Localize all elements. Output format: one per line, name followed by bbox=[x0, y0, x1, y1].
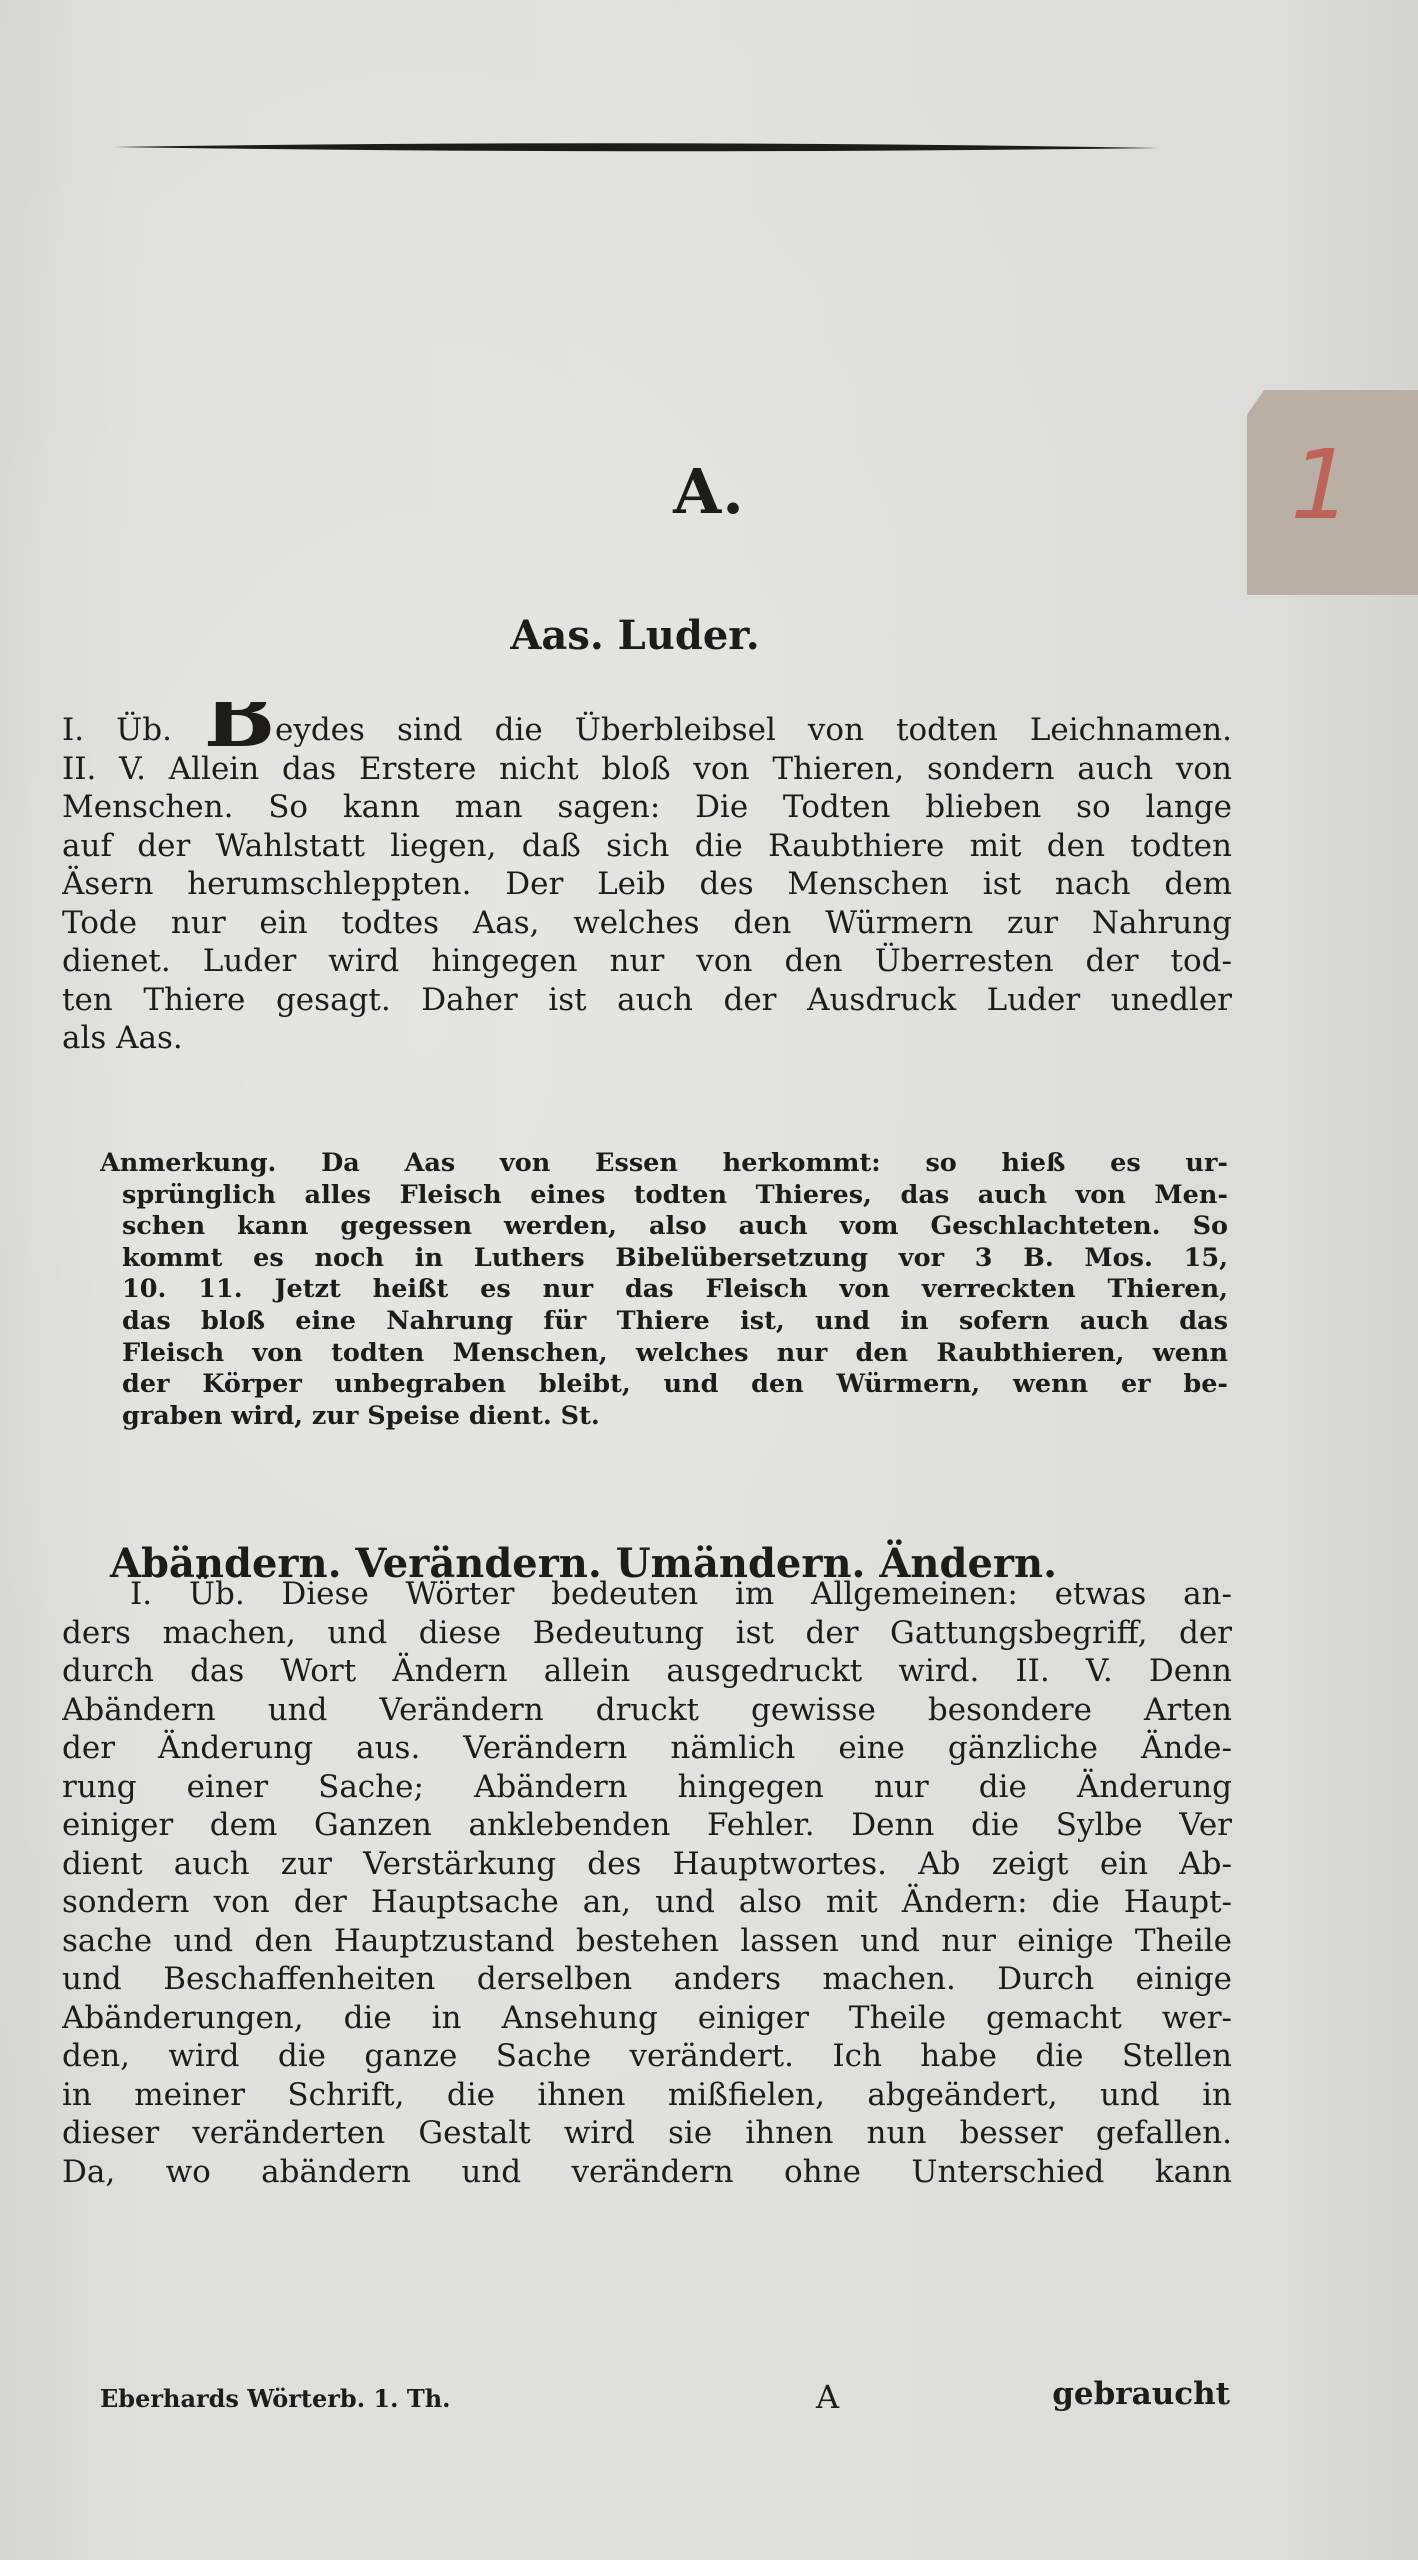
text-line: Abändern und Verändern druckt gewisse be… bbox=[62, 1691, 1232, 1730]
entry-body-abaendern: I. Üb. Diese Wörter bedeuten im Allgemei… bbox=[62, 1575, 1232, 2191]
note-line: kommt es noch in Luthers Bibelübersetzun… bbox=[100, 1243, 1228, 1275]
note-line: Fleisch von todten Menschen, welches nur… bbox=[100, 1338, 1228, 1370]
entry-note-anmerkung: Anmerkung. Da Aas von Essen herkommt: so… bbox=[100, 1148, 1228, 1432]
text-line: als Aas. bbox=[62, 1019, 1232, 1058]
text-line: Da, wo abändern und verändern ohne Unter… bbox=[62, 2153, 1232, 2192]
text-line: dienet. Luder wird hingegen nur von den … bbox=[62, 942, 1232, 981]
signature-title: Eberhards Wörterb. 1. Th. bbox=[100, 2384, 451, 2413]
note-line: graben wird, zur Speise dient. St. bbox=[100, 1401, 1228, 1433]
text-line: II. V. Allein das Erstere nicht bloß von… bbox=[62, 750, 1232, 789]
text-line: Tode nur ein todtes Aas, welches den Wür… bbox=[62, 904, 1232, 943]
drop-cap: B bbox=[204, 702, 275, 750]
note-line: Anmerkung. Da Aas von Essen herkommt: so… bbox=[100, 1148, 1228, 1180]
signature-mark: A bbox=[816, 2378, 839, 2416]
text-line: der Änderung aus. Verändern nämlich eine… bbox=[62, 1729, 1232, 1768]
text-line: den, wird die ganze Sache verändert. Ich… bbox=[62, 2037, 1232, 2076]
text-line: dient auch zur Verstärkung des Hauptwort… bbox=[62, 1845, 1232, 1884]
entry-body-aas-luder: I. Üb. Beydes sind die Überbleibsel von … bbox=[62, 702, 1232, 1058]
text-line: Äsern herumschleppten. Der Leib des Mens… bbox=[62, 865, 1232, 904]
text-line: dieser veränderten Gestalt wird sie ihne… bbox=[62, 2114, 1232, 2153]
text-line-rest: eydes sind die Überbleibsel von todten L… bbox=[275, 712, 1232, 748]
entry-title-aas-luder: Aas. Luder. bbox=[0, 612, 1270, 659]
catchword: gebraucht bbox=[1052, 2376, 1230, 2412]
section-letter: A. bbox=[0, 455, 1418, 528]
text-line: sondern von der Hauptsache an, und also … bbox=[62, 1883, 1232, 1922]
page-footer: Eberhards Wörterb. 1. Th. A gebraucht bbox=[100, 2382, 1230, 2418]
decorative-rule bbox=[114, 141, 1160, 153]
book-page: 1 A. Aas. Luder. I. Üb. Beydes sind die … bbox=[0, 0, 1418, 2560]
text-line: I. Üb. Diese Wörter bedeuten im Allgemei… bbox=[62, 1575, 1232, 1614]
text-line: durch das Wort Ändern allein ausgedruckt… bbox=[62, 1652, 1232, 1691]
text-line: rung einer Sache; Abändern hingegen nur … bbox=[62, 1768, 1232, 1807]
text-line: auf der Wahlstatt liegen, daß sich die R… bbox=[62, 827, 1232, 866]
text-line: I. Üb. Beydes sind die Überbleibsel von … bbox=[62, 702, 1232, 750]
text-line: und Beschaffenheiten derselben anders ma… bbox=[62, 1960, 1232, 1999]
note-line: das bloß eine Nahrung für Thiere ist, un… bbox=[100, 1306, 1228, 1338]
text-line: sache und den Hauptzustand bestehen lass… bbox=[62, 1922, 1232, 1961]
text-line: einiger dem Ganzen anklebenden Fehler. D… bbox=[62, 1806, 1232, 1845]
text-line: Menschen. So kann man sagen: Die Todten … bbox=[62, 788, 1232, 827]
text-line: Abänderungen, die in Ansehung einiger Th… bbox=[62, 1999, 1232, 2038]
note-line: schen kann gegessen werden, also auch vo… bbox=[100, 1211, 1228, 1243]
note-line: 10. 11. Jetzt heißt es nur das Fleisch v… bbox=[100, 1274, 1228, 1306]
note-line: der Körper unbegraben bleibt, und den Wü… bbox=[100, 1369, 1228, 1401]
text-line: ten Thiere gesagt. Daher ist auch der Au… bbox=[62, 981, 1232, 1020]
text-line: ders machen, und diese Bedeutung ist der… bbox=[62, 1614, 1232, 1653]
text-line: in meiner Schrift, die ihnen mißfielen, … bbox=[62, 2076, 1232, 2115]
note-line: sprünglich alles Fleisch eines todten Th… bbox=[100, 1180, 1228, 1212]
